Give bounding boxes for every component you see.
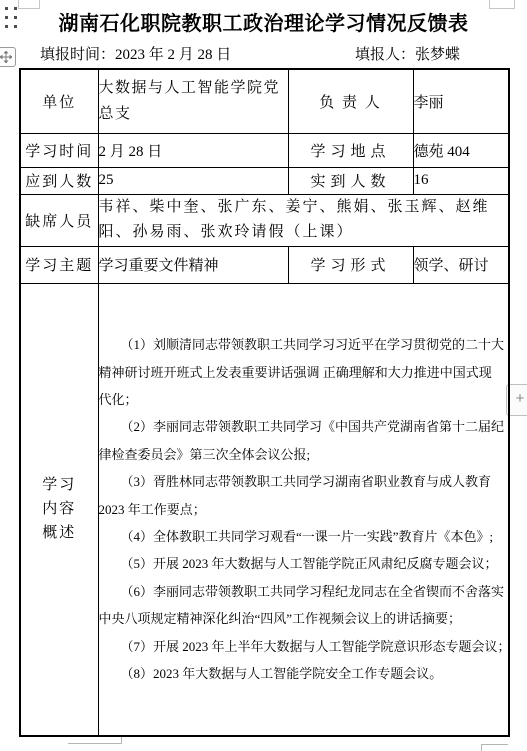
leader-label: 负 责 人 xyxy=(288,69,413,133)
leader-value: 李丽 xyxy=(413,69,509,133)
expected-count-label: 应到人数 xyxy=(20,167,98,194)
unit-label: 单位 xyxy=(20,69,98,133)
form-label: 学习形式 xyxy=(288,246,413,283)
table-row: 学习 内容 概述 （1）刘顺清同志带领教职工共同学习习近平在学习贯彻党的二十大 … xyxy=(20,283,509,736)
study-place-label: 学习地点 xyxy=(288,133,413,167)
unit-value-line: 总支 xyxy=(99,101,288,127)
summary-label-line: 学习 xyxy=(21,473,98,497)
unit-value: 大数据与人工智能学院党 总支 xyxy=(98,69,288,133)
absent-line: 阳、孙易雨、张欢玲请假（上课） xyxy=(99,220,509,245)
actual-count-value: 16 xyxy=(413,167,509,194)
table-row: 学习主题 学习重要文件精神 学习形式 领学、研讨 xyxy=(20,246,509,283)
absent-value: 韦祥、柴中奎、张广东、姜宁、熊娟、张玉辉、赵维 阳、孙易雨、张欢玲请假（上课） xyxy=(98,194,509,246)
bottom-right-boundary-mark xyxy=(481,744,508,751)
content-line: 代化； xyxy=(99,386,509,413)
study-time-label: 学习时间 xyxy=(20,133,98,167)
form-value: 领学、研讨 xyxy=(413,246,509,283)
content-line: （2）李丽同志带领教职工共同学习《中国共产党湖南省第十二届纪 xyxy=(99,413,509,440)
content-line: （7）开展 2023 年上半年大数据与人工智能学院意识形态专题会议； xyxy=(99,633,509,660)
content-line: （3）胥胜林同志带领教职工共同学习湖南省职业教育与成人教育 xyxy=(99,468,509,495)
fill-person: 填报人：张梦蝶 xyxy=(355,43,460,64)
content-line: 律检查委员会》第三次全体会议公报; xyxy=(99,441,509,468)
content-line: （5）开展 2023 年大数据与人工智能学院正风肃纪反腐专题会议； xyxy=(99,550,509,577)
content-line: 2023 年工作要点； xyxy=(99,496,509,523)
summary-label-line: 内容 xyxy=(21,497,98,521)
content-line: 中央八项规定精神深化纠治“四风”工作视频会议上的讲话摘要； xyxy=(99,605,509,632)
fill-time-label: 填报时间： xyxy=(40,47,115,63)
absent-label: 缺席人员 xyxy=(20,194,98,246)
summary-content: （1）刘顺清同志带领教职工共同学习习近平在学习贯彻党的二十大 精神研讨班开班式上… xyxy=(98,283,509,736)
fill-person-label: 填报人： xyxy=(355,47,415,63)
topic-label: 学习主题 xyxy=(20,246,98,283)
unit-value-line: 大数据与人工智能学院党 xyxy=(99,75,288,101)
table-row: 单位 大数据与人工智能学院党 总支 负 责 人 李丽 xyxy=(20,69,509,133)
meta-row: 填报时间：2023 年 2 月 28 日 填报人：张梦蝶 xyxy=(0,43,527,63)
study-place-value: 德苑 404 xyxy=(413,133,509,167)
page-title: 湖南石化职院教职工政治理论学习情况反馈表 xyxy=(0,7,527,36)
table-row: 学习时间 2 月 28 日 学习地点 德苑 404 xyxy=(20,133,509,167)
table-row: 缺席人员 韦祥、柴中奎、张广东、姜宁、熊娟、张玉辉、赵维 阳、孙易雨、张欢玲请假… xyxy=(20,194,509,246)
summary-label: 学习 内容 概述 xyxy=(20,283,98,736)
absent-line: 韦祥、柴中奎、张广东、姜宁、熊娟、张玉辉、赵维 xyxy=(99,195,509,220)
expected-count-value: 25 xyxy=(98,167,288,194)
topic-value: 学习重要文件精神 xyxy=(98,246,288,283)
fill-time-value: 2023 年 2 月 28 日 xyxy=(115,47,231,63)
table-row: 应到人数 25 实到人数 16 xyxy=(20,167,509,194)
summary-label-line: 概述 xyxy=(21,521,98,545)
fill-time: 填报时间：2023 年 2 月 28 日 xyxy=(40,43,231,64)
study-time-value: 2 月 28 日 xyxy=(98,133,288,167)
actual-count-label: 实到人数 xyxy=(288,167,413,194)
fill-person-value: 张梦蝶 xyxy=(415,47,460,63)
content-line: （8）2023 年大数据与人工智能学院安全工作专题会议。 xyxy=(99,660,509,687)
content-line: （4）全体教职工共同学习观看“一课一片一实践”教育片《本色》; xyxy=(99,523,509,550)
content-line: （1）刘顺清同志带领教职工共同学习习近平在学习贯彻党的二十大 xyxy=(99,331,509,358)
content-line: （6）李丽同志带领教职工共同学习程纪龙同志在全省锲而不舍落实 xyxy=(99,578,509,605)
content-line: 精神研讨班开班式上发表重要讲话强调 正确理解和大力推进中国式现 xyxy=(99,359,509,386)
bottom-left-boundary-mark xyxy=(68,737,122,744)
feedback-table: 单位 大数据与人工智能学院党 总支 负 责 人 李丽 学习时间 2 月 28 日… xyxy=(19,68,510,737)
